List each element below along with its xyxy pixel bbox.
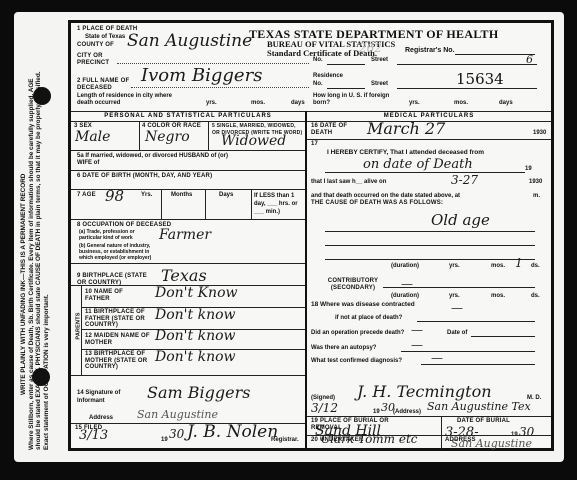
test-label: What test confirmed diagnosis? [311,358,402,364]
date-of-label: Date of [447,330,467,336]
certificate-number: 15634 [456,70,504,88]
full-name-value: Ivom Biggers [141,65,262,86]
occupation-label: 8 OCCUPATION OF DECEASED [77,222,171,228]
parents-label: PARENTS [76,312,82,339]
spouse-label: 5a If married, widowed, or divorced HUSB… [77,153,237,166]
cause-label: The CAUSE OF DEATH was as follows: [311,200,443,206]
father-name-label: 10 NAME OF FATHER [85,289,145,302]
signed-year-prefix: 19 [373,409,380,415]
yrs-label: Yrs. [141,192,152,198]
if-not-label: if not at place of death? [335,315,402,321]
informant-address-value: San Augustine [137,408,218,421]
foreign-days: days [499,100,513,106]
certify-text: I HEREBY CERTIFY, That I attended deceas… [327,149,484,156]
contributory-ds: ds. [531,293,540,299]
unit-days: days [291,100,305,106]
color-value: Negro [145,129,190,145]
father-birthplace-value: Don't know [155,307,236,323]
filed-year-prefix: 19 [161,437,168,443]
physician-address-label: (Address) [393,409,421,415]
duration-label: (duration) [391,263,419,269]
contributory-duration-label: (duration) [391,293,419,299]
physician-signature: J. H. Tecmington [357,382,492,401]
margin-instructions: WRITE PLAINLY WITH UNFADING INK—THIS IS … [20,60,60,460]
last-saw-year: 1930 [529,179,542,185]
marital-value: Widowed [221,133,286,149]
city-label: CITY OR PRECINCT [77,53,117,67]
residence-no-label: No. [313,81,323,87]
disease-contracted-value: — [451,301,463,315]
physician-address-value: San Augustine Tex [427,400,531,413]
county-label: COUNTY OF [77,42,114,48]
mother-birthplace-value: Don't know [155,349,236,365]
test-value: — [431,351,443,365]
last-saw-value: 3-27 [451,173,478,187]
duration-ds: ds. [531,263,540,269]
attended-from-value: on date of Death [363,157,473,172]
foreign-yrs: yrs. [409,100,420,106]
foreign-mos: mos. [454,100,468,106]
full-name-label: 2 FULL NAME OF DECEASED [77,78,132,92]
informant-signature: Sam Biggers [147,383,250,402]
filed-date: 3/13 [79,428,108,443]
attended-year-label: 19 [525,166,532,172]
unit-mos: mos. [251,100,265,106]
age-years: 98 [105,187,124,205]
burial-date-label: DATE OF BURIAL [457,418,510,424]
death-certificate-form: 1 PLACE OF DEATH State of Texas COUNTY O… [68,20,554,451]
sex-value: Male [75,129,110,145]
item17-label: 17 [311,141,318,147]
operation-label: Did an operation precede death? [311,330,404,336]
duration-value: 1 [515,256,523,270]
contributory-value: — [401,277,413,291]
occupation-value: Farmer [159,227,211,243]
operation-value: — [411,323,423,337]
autopsy-label: Was there an autopsy? [311,345,376,351]
months-label: Months [171,192,192,198]
duration-yrs: yrs. [449,263,460,269]
mother-name-value: Don't know [155,328,236,344]
father-name-value: Don't Know [155,285,237,301]
disease-contracted-label: 18 Where was disease contracted [311,301,415,308]
autopsy-value: — [411,338,423,352]
contributory-label: CONTRIBUTORY (Secondary) [323,278,383,292]
informant-address-label: Address [89,415,113,421]
registrar-label: Registrar. [271,437,299,443]
contributory-yrs: yrs. [449,293,460,299]
contributory-mos: mos. [491,293,505,299]
mother-name-label: 12 MAIDEN NAME OF MOTHER [85,333,155,346]
duration-mos: mos. [491,263,505,269]
personal-section-header: PERSONAL AND STATISTICAL PARTICULARS [71,111,305,122]
state-label: State of Texas [85,34,125,40]
days-label: Days [219,192,233,198]
signed-date: 3/12 [311,401,338,415]
death-occurred-label: and that death occurred on the date stat… [311,193,460,199]
margin-line-1: WRITE PLAINLY WITH UNFADING INK—THIS IS … [20,60,28,450]
last-saw-label: that I last saw h__ alive on [311,179,386,185]
birthplace-value: Texas [161,266,207,285]
father-birthplace-label: 11 BIRTHPLACE OF FATHER (State or countr… [85,309,155,329]
dob-label: 6 DATE OF BIRTH (Month, day, and year) [77,173,237,180]
undertaker-address-value: San Augustine [451,437,532,450]
filed-year: 30 [169,427,184,441]
residence-label: Residence [313,73,343,79]
less-than-day-label: If LESS than 1 day, ___ hrs. or ___ min.… [254,192,304,216]
death-year: 1930 [533,130,546,136]
date-of-death-label: 16 DATE OF DEATH [311,123,361,137]
residence-length-label: Length of residence in city where death … [77,93,187,107]
foreign-born-label: How long in U. S. if foreign born? [313,93,393,107]
age-label: 7 AGE [77,192,96,198]
informant-label: 14 Signature of Informant [77,389,127,405]
faint-number: 262 [359,41,382,55]
registrar-signature: J. B. Nolen [187,422,278,442]
unit-yrs: yrs. [206,100,217,106]
occupation-a-label: (a) Trade, profession or particular kind… [79,229,149,241]
occupation-b-label: (b) General nature of industry, business… [79,243,154,261]
registrar-no-label: Registrar's No. [405,47,455,54]
margin-line-2: Where Stillborn, enter as cause of Death… [28,60,51,450]
cause-of-death-value: Old age [431,211,490,229]
residence-street-label: Street [371,81,388,87]
undertaker-value: Clark Tomm etc [321,432,418,446]
date-of-death-value: March 27 [367,119,445,138]
mother-birthplace-label: 13 BIRTHPLACE OF MOTHER (State or countr… [85,351,155,371]
county-value: San Augustine [127,31,252,51]
m-label: m. [533,193,540,199]
